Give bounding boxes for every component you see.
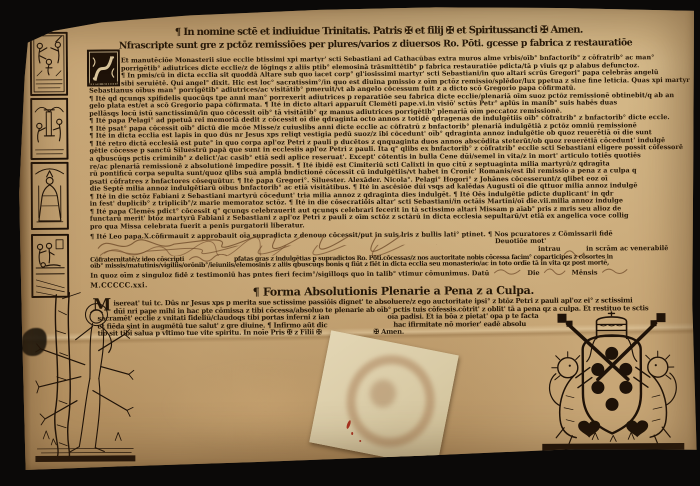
handwritten-place [493, 267, 523, 278]
die-label: Die [527, 268, 539, 276]
in-quorum-text: In quoz oīm z singuloz fidē z testimoniū… [90, 269, 489, 279]
in-quorum-line: In quoz oīm z singuloz fidē z testimoniū… [90, 266, 696, 281]
absolution-fragment: ✠ Amen. [373, 328, 403, 336]
invocation-title: ¶ In nomine sctē et indiuidue Trinitatis… [79, 24, 679, 39]
saint-sebastian-woodcut [34, 290, 137, 469]
mensis-label: Mēnsis [572, 268, 598, 276]
parchment-page: ¶ In nomine sctē et indiuidue Trinitatis… [13, 4, 698, 470]
woodcut-panel-column-icon [30, 98, 68, 164]
woodcut-panel-pope-icon [31, 162, 69, 234]
subtitle-line: Nfrascripte sunt gre z pctōz remissiōes … [119, 37, 695, 52]
handwritten-month [601, 266, 629, 277]
woodcut-panel-martyrdom-icon [30, 32, 68, 100]
absolution-fragment: hac ifirmitate nō morier' eadē absolu [393, 319, 526, 328]
red-speck [359, 440, 361, 442]
medici-papal-arms-woodcut [535, 311, 690, 460]
book-spine-shadow [13, 8, 32, 470]
handwritten-day [544, 267, 568, 278]
paper-covered-seal [309, 330, 459, 467]
indulgence-body-text: dei vidit sibi seruiētē. Qui angel° dixi… [89, 76, 696, 232]
red-speck [351, 432, 353, 435]
photograph-of-indulgence-leaf: { "document": { "title": "¶ In nomine sc… [0, 0, 700, 486]
